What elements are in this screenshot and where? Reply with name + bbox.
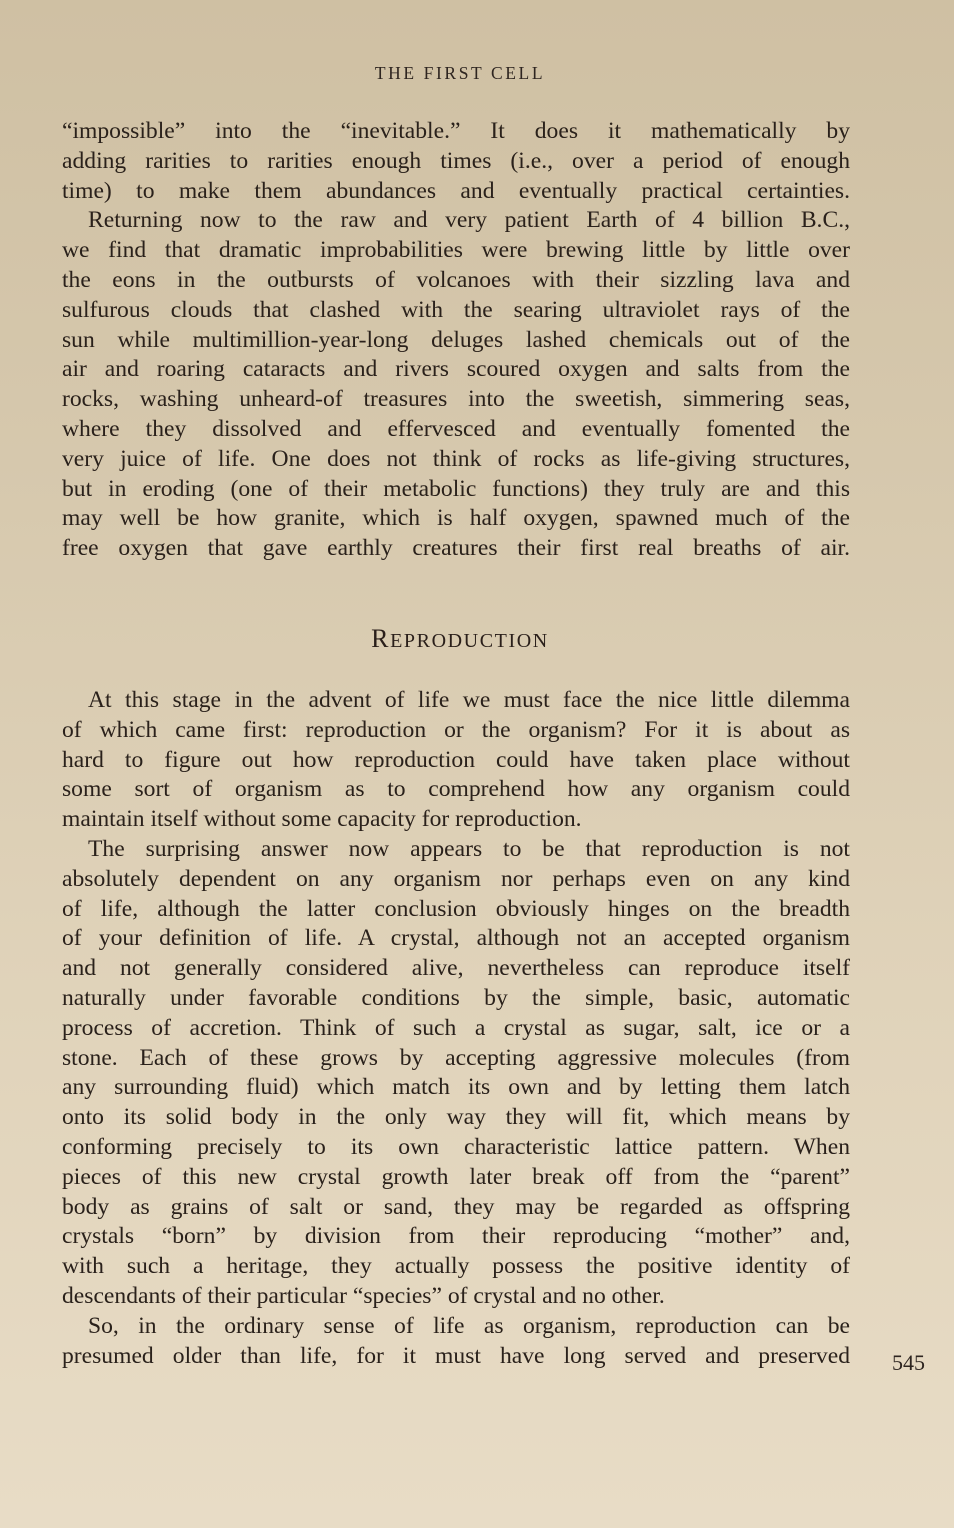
text-line: adding rarities to rarities enough times… <box>62 147 850 177</box>
text-line: crystals “born” by division from their r… <box>62 1222 850 1252</box>
text-line: presumed older than life, for it must ha… <box>62 1342 850 1372</box>
book-page: THE FIRST CELL “impossible” into the “in… <box>0 0 954 1528</box>
paragraph-start-line: Returning now to the raw and very patien… <box>62 206 850 236</box>
body-text-opening: “impossible” into the “inevitable.” It d… <box>62 117 850 564</box>
paragraph-start-line: So, in the ordinary sense of life as org… <box>62 1312 850 1342</box>
paragraph-start-line: The surprising answer now appears to be … <box>62 835 850 865</box>
text-line: conforming precisely to its own characte… <box>62 1133 850 1163</box>
text-line: where they dissolved and effervesced and… <box>62 415 850 445</box>
paragraph-start-line: At this stage in the advent of life we m… <box>62 686 850 716</box>
running-head: THE FIRST CELL <box>0 63 920 84</box>
text-line: stone. Each of these grows by accepting … <box>62 1044 850 1074</box>
text-line: naturally under favorable conditions by … <box>62 984 850 1014</box>
text-line: the eons in the outbursts of volcanoes w… <box>62 266 850 296</box>
text-line: we find that dramatic improbabilities we… <box>62 236 850 266</box>
text-line: descendants of their particular “species… <box>62 1282 850 1312</box>
text-line: onto its solid body in the only way they… <box>62 1103 850 1133</box>
text-line: time) to make them abundances and eventu… <box>62 177 850 207</box>
body-text-reproduction: At this stage in the advent of life we m… <box>62 686 850 1371</box>
text-line: pieces of this new crystal growth later … <box>62 1163 850 1193</box>
section-heading-smallcaps: EPRODUCTION <box>390 630 549 652</box>
page-number: 545 <box>892 1348 925 1378</box>
text-line: of which came first: reproduction or the… <box>62 716 850 746</box>
text-line: and not generally considered alive, neve… <box>62 954 850 984</box>
text-line: process of accretion. Think of such a cr… <box>62 1014 850 1044</box>
text-line: maintain itself without some capacity fo… <box>62 805 850 835</box>
text-line: free oxygen that gave earthly creatures … <box>62 534 850 564</box>
text-line: of life, although the latter conclusion … <box>62 895 850 925</box>
text-line: any surrounding fluid) which match its o… <box>62 1073 850 1103</box>
text-line: may well be how granite, which is half o… <box>62 504 850 534</box>
text-line: sun while multimillion-year-long deluges… <box>62 326 850 356</box>
text-line: absolutely dependent on any organism nor… <box>62 865 850 895</box>
text-line: with such a heritage, they actually poss… <box>62 1252 850 1282</box>
text-line: air and roaring cataracts and rivers sco… <box>62 355 850 385</box>
section-heading-initial: R <box>371 624 390 653</box>
text-line: of your definition of life. A crystal, a… <box>62 924 850 954</box>
text-line: but in eroding (one of their metabolic f… <box>62 475 850 505</box>
section-heading: REPRODUCTION <box>0 624 920 654</box>
text-line: rocks, washing unheard-of treasures into… <box>62 385 850 415</box>
text-line: body as grains of salt or sand, they may… <box>62 1193 850 1223</box>
text-line: “impossible” into the “inevitable.” It d… <box>62 117 850 147</box>
text-line: some sort of organism as to comprehend h… <box>62 775 850 805</box>
text-line: very juice of life. One does not think o… <box>62 445 850 475</box>
text-line: hard to figure out how reproduction coul… <box>62 746 850 776</box>
text-line: sulfurous clouds that clashed with the s… <box>62 296 850 326</box>
